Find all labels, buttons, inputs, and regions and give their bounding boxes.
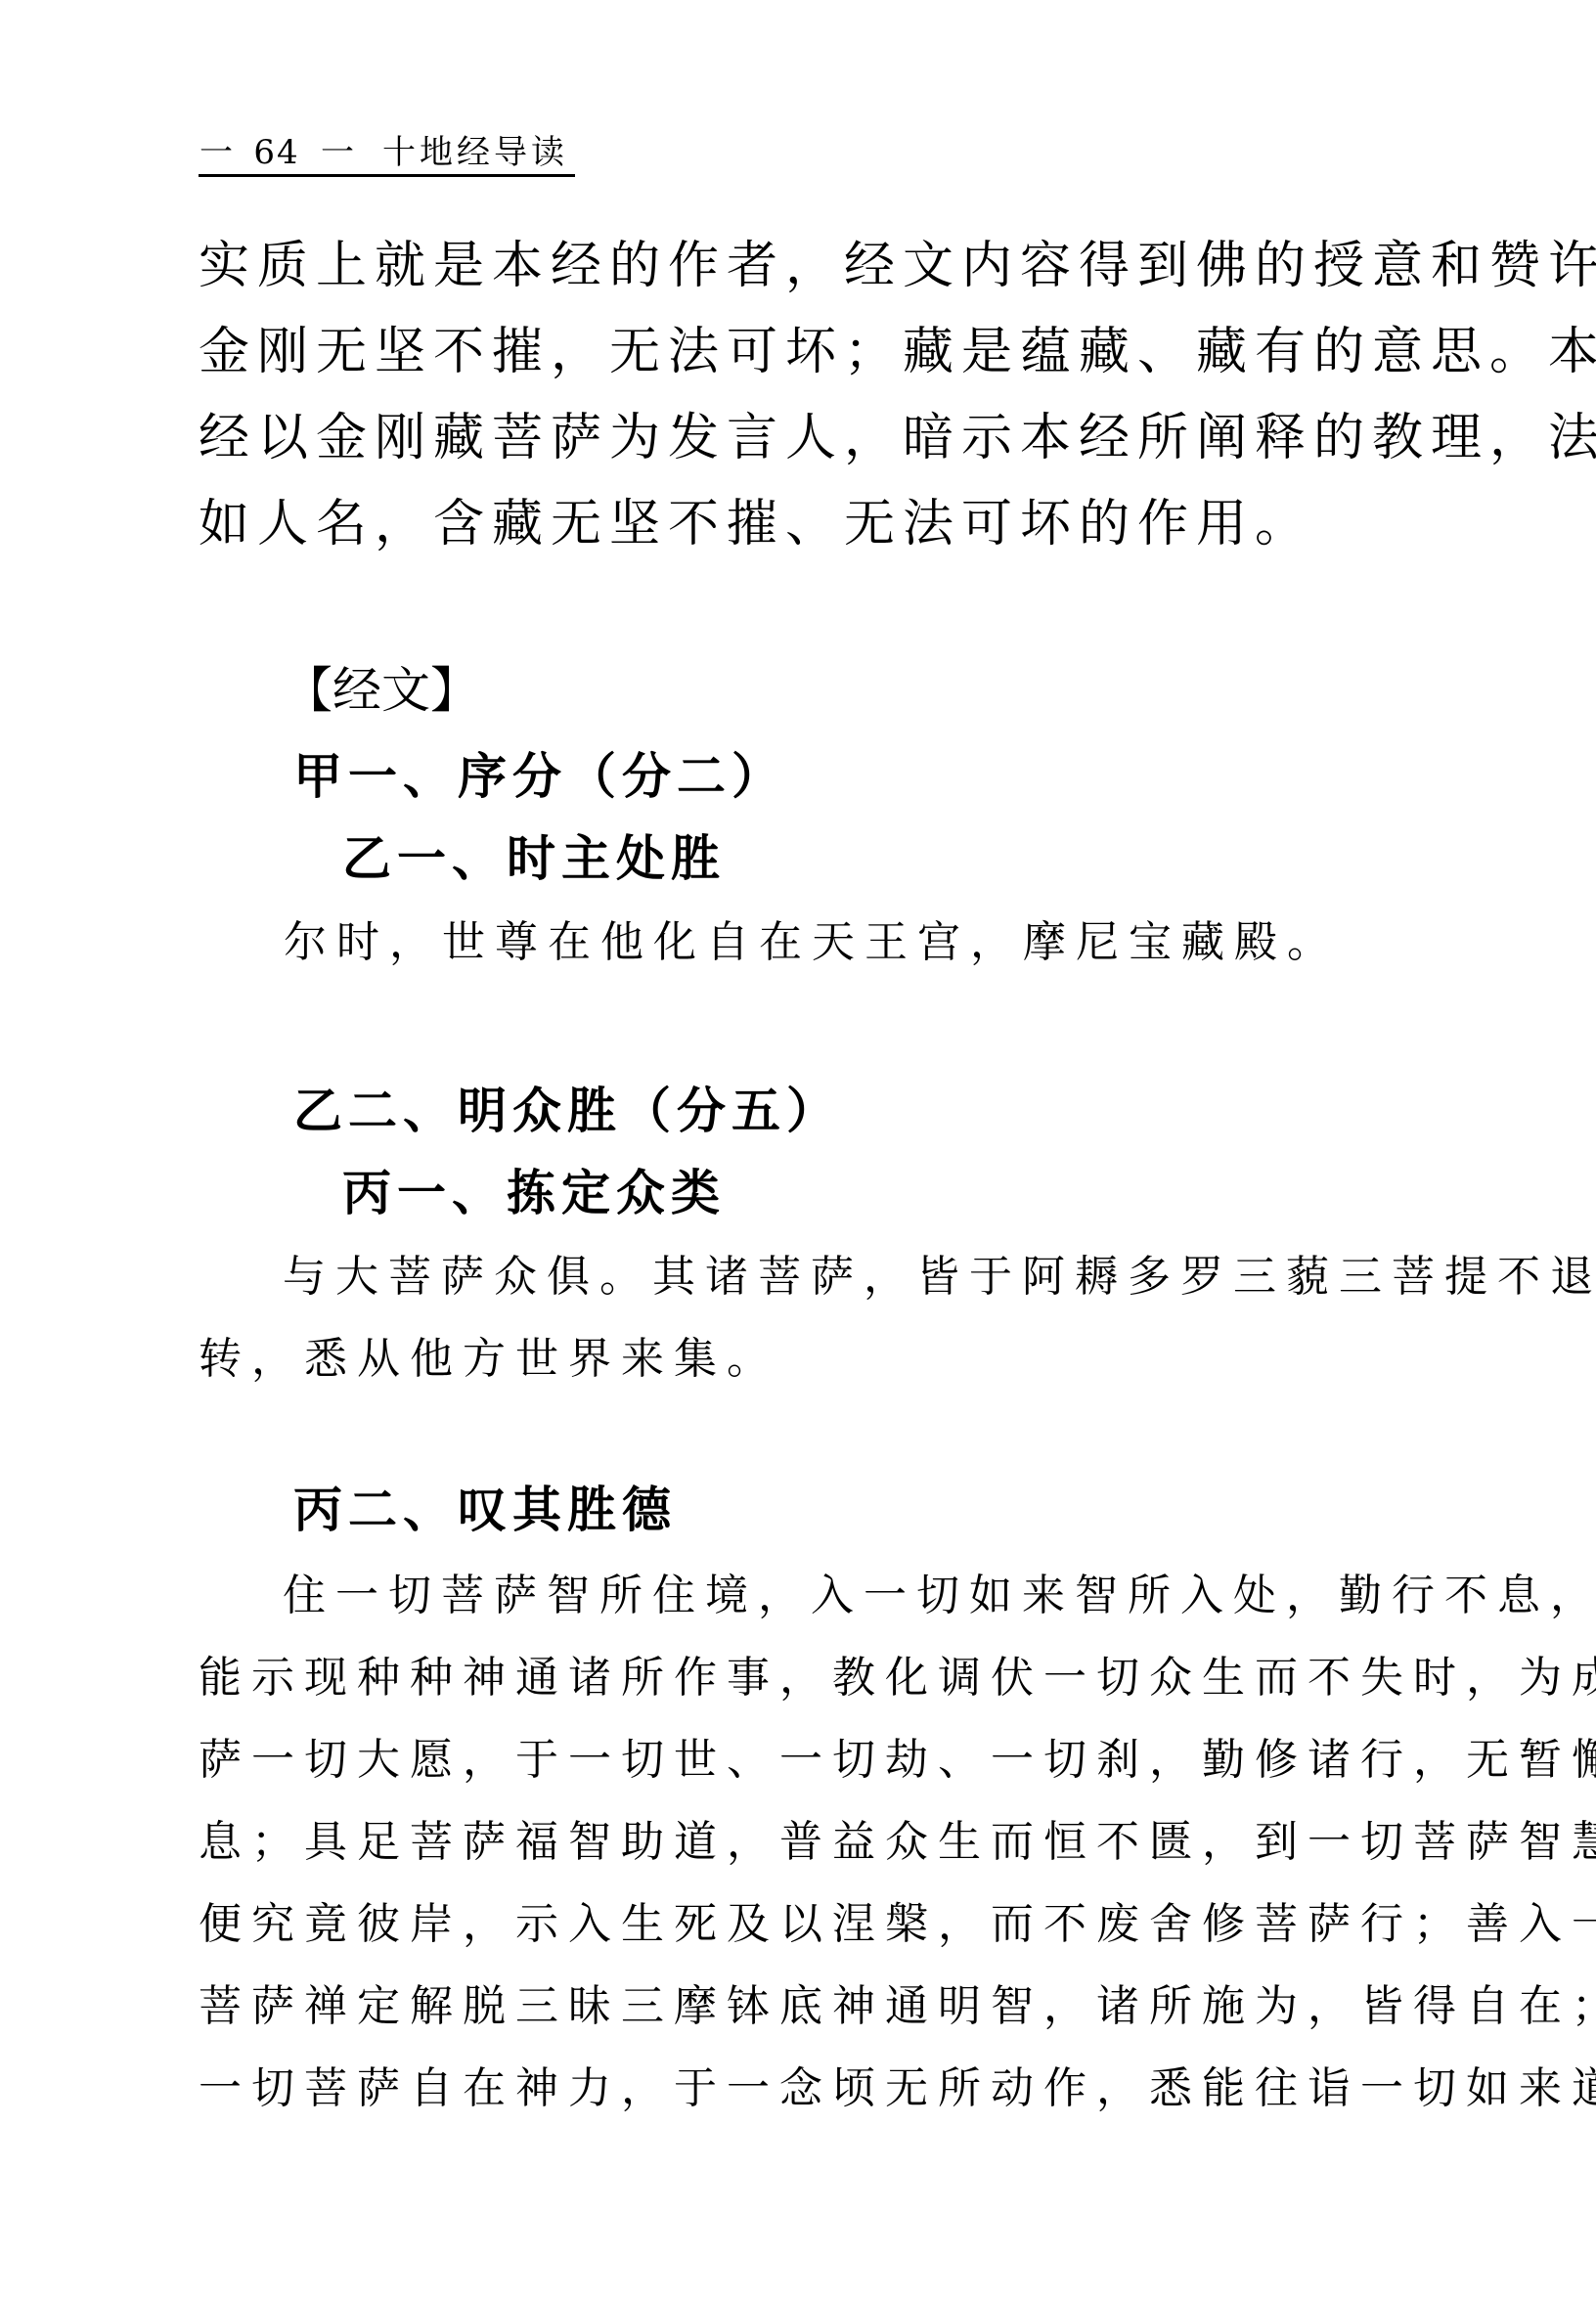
heading-yi1: 乙一、时主处胜 xyxy=(342,823,726,894)
commentary-line: 实质上就是本经的作者，经文内容得到佛的授意和赞许。 xyxy=(199,223,1411,309)
commentary-paragraph: 实质上就是本经的作者，经文内容得到佛的授意和赞许。 金刚无坚不摧，无法可坏；藏是… xyxy=(199,223,1411,567)
page-number: 64 xyxy=(234,131,320,174)
heading-jia1: 甲一、序分（分二） xyxy=(293,741,786,812)
sutra-line: 转，悉从他方世界来集。 xyxy=(199,1318,1596,1400)
running-header: 一 64 一 十地经导读 xyxy=(199,127,575,177)
heading-bing1: 丙一、拣定众类 xyxy=(342,1158,726,1228)
header-dash-right: 一 xyxy=(320,131,355,174)
header-dash-left: 一 xyxy=(199,131,234,174)
sutra-text-bing2: 住一切菩萨智所住境，入一切如来智所入处，勤行不息，善 能示现种种神通诸所作事，教… xyxy=(199,1555,1596,2130)
sutra-line: 萨一切大愿，于一切世、一切劫、一切刹，勤修诸行，无暂懈 xyxy=(199,1719,1596,1801)
sutra-label: 【经文】 xyxy=(284,655,479,726)
sutra-line: 住一切菩萨智所住境，入一切如来智所入处，勤行不息，善 xyxy=(199,1555,1596,1637)
sutra-line: 菩萨禅定解脱三昧三摩钵底神通明智，诸所施为，皆得自在；获 xyxy=(199,1966,1596,2048)
sutra-line: 便究竟彼岸，示入生死及以涅槃，而不废舍修菩萨行；善入一切 xyxy=(199,1883,1596,1966)
book-page: 一 64 一 十地经导读 实质上就是本经的作者，经文内容得到佛的授意和赞许。 金… xyxy=(0,0,1596,2303)
commentary-line: 经以金刚藏菩萨为发言人，暗示本经所阐释的教理，法 xyxy=(199,395,1411,481)
sutra-line: 能示现种种神通诸所作事，教化调伏一切众生而不失时，为成菩 xyxy=(199,1637,1596,1719)
heading-yi2: 乙二、明众胜（分五） xyxy=(293,1076,841,1146)
commentary-line: 金刚无坚不摧，无法可坏；藏是蕴藏、藏有的意思。本 xyxy=(199,309,1411,395)
sutra-text-yi1: 尔时，世尊在他化自在天王宫，摩尼宝藏殿。 xyxy=(284,902,1340,984)
sutra-line: 一切菩萨自在神力，于一念顷无所动作，悉能往诣一切如来道场 xyxy=(199,2048,1596,2130)
sutra-text-bing1: 与大菩萨众俱。其诸菩萨，皆于阿耨多罗三藐三菩提不退 转，悉从他方世界来集。 xyxy=(199,1236,1596,1400)
book-title: 十地经导读 xyxy=(382,131,568,174)
sutra-line: 尔时，世尊在他化自在天王宫，摩尼宝藏殿。 xyxy=(284,902,1340,984)
sutra-line: 息；具足菩萨福智助道，普益众生而恒不匮，到一切菩萨智慧方 xyxy=(199,1801,1596,1883)
sutra-line: 与大菩萨众俱。其诸菩萨，皆于阿耨多罗三藐三菩提不退 xyxy=(199,1236,1596,1318)
commentary-line: 如人名，含藏无坚不摧、无法可坏的作用。 xyxy=(199,481,1411,567)
heading-bing2: 丙二、叹其胜德 xyxy=(293,1475,677,1545)
